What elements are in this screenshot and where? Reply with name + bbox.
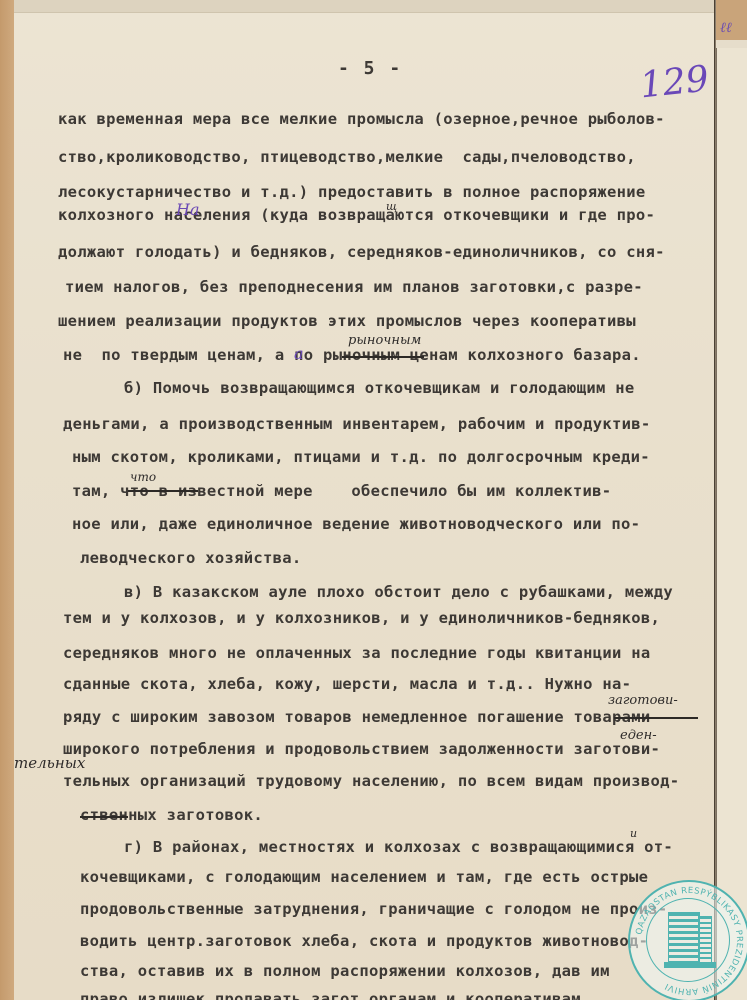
strikethrough bbox=[614, 717, 698, 719]
strikethrough bbox=[342, 356, 424, 358]
text-line: ным скотом, кроликами, птицами и т.д. по… bbox=[72, 448, 650, 466]
text-line: ственных заготовок. bbox=[80, 806, 263, 824]
text-line: середняков много не оплаченных за послед… bbox=[63, 644, 651, 662]
handwritten-correction: и bbox=[630, 827, 637, 840]
handwritten-correction: рыночным bbox=[348, 333, 421, 348]
text-line: как временная мера все мелкие промысла (… bbox=[58, 110, 665, 128]
archive-stamp: QAZAQSTAN RESPÝBLIKASY PREZIDENTINIŃ ARH… bbox=[628, 880, 747, 1000]
archive-folio-number: 129 bbox=[638, 59, 711, 107]
text-line: ряду с широким завозом товаров немедленн… bbox=[63, 708, 651, 726]
text-line: продовольственные затруднения, граничащи… bbox=[80, 900, 668, 918]
paragraph-g-start: г) В районах, местностях и колхозах с во… bbox=[124, 838, 673, 856]
paragraph-v-start: в) В казакском ауле плохо обстоит дело с… bbox=[124, 583, 673, 601]
text-line: ства, оставив их в полном распоряжении к… bbox=[80, 962, 610, 980]
text-line: деньгами, а производственным инвентарем,… bbox=[63, 415, 651, 433]
handwritten-correction: щ bbox=[386, 200, 397, 213]
handwritten-correction: На bbox=[176, 200, 200, 219]
text-line: кочевщиками, с голодающим населением и т… bbox=[80, 868, 648, 886]
text-line: шением реализации продуктов этих промысл… bbox=[58, 312, 636, 330]
text-line: тельных организаций трудовому населению,… bbox=[63, 772, 679, 790]
strikethrough bbox=[128, 490, 198, 492]
text-line: леводческого хозяйства. bbox=[80, 549, 302, 567]
handwritten-correction: что bbox=[130, 470, 156, 484]
handwritten-correction: тельных bbox=[14, 754, 85, 772]
page-number: - 5 - bbox=[338, 58, 402, 79]
underlying-sheet-edge bbox=[716, 48, 747, 1000]
text-line: ное или, даже единоличное ведение животн… bbox=[72, 515, 640, 533]
strikethrough bbox=[80, 816, 128, 818]
text-line: тием налогов, без преподнесения им плано… bbox=[65, 278, 643, 296]
handwritten-correction: еден- bbox=[620, 728, 657, 743]
text-line: ство,кролиководство, птицеводство,мелкие… bbox=[58, 148, 636, 166]
text-line: не по твердым ценам, а по рыночным ценам… bbox=[63, 346, 641, 364]
handwritten-correction: заготови- bbox=[608, 693, 678, 708]
text-line: тем и у колхозов, и у колхозников, и у е… bbox=[63, 609, 660, 627]
text-line: колхозного населения (куда возвращаются … bbox=[58, 206, 655, 224]
handwritten-correction: а bbox=[294, 344, 304, 363]
page-top-edge bbox=[14, 0, 714, 13]
text-line: широкого потребления и продовольствием з… bbox=[63, 740, 660, 758]
corner-ink-mark: ℓℓ bbox=[720, 20, 747, 60]
stamp-circular-text: QAZAQSTAN RESPÝBLIKASY PREZIDENTINIŃ ARH… bbox=[630, 882, 747, 1000]
paragraph-b-start: б) Помочь возвращающимся откочевщикам и … bbox=[124, 379, 634, 397]
text-line: водить центр.заготовок хлеба, скота и пр… bbox=[80, 932, 648, 950]
svg-text:QAZAQSTAN RESPÝBLIKASY PREZIDE: QAZAQSTAN RESPÝBLIKASY PREZIDENTINIŃ ARH… bbox=[634, 886, 744, 996]
text-line: лесокустарничество и т.д.) предоставить … bbox=[58, 183, 646, 201]
text-line: должают голодать) и бедняков, середняков… bbox=[58, 243, 665, 261]
text-line: сданные скота, хлеба, кожу, шерсти, масл… bbox=[63, 675, 631, 693]
text-line: право излишек продавать загот.органам и … bbox=[80, 990, 581, 1000]
